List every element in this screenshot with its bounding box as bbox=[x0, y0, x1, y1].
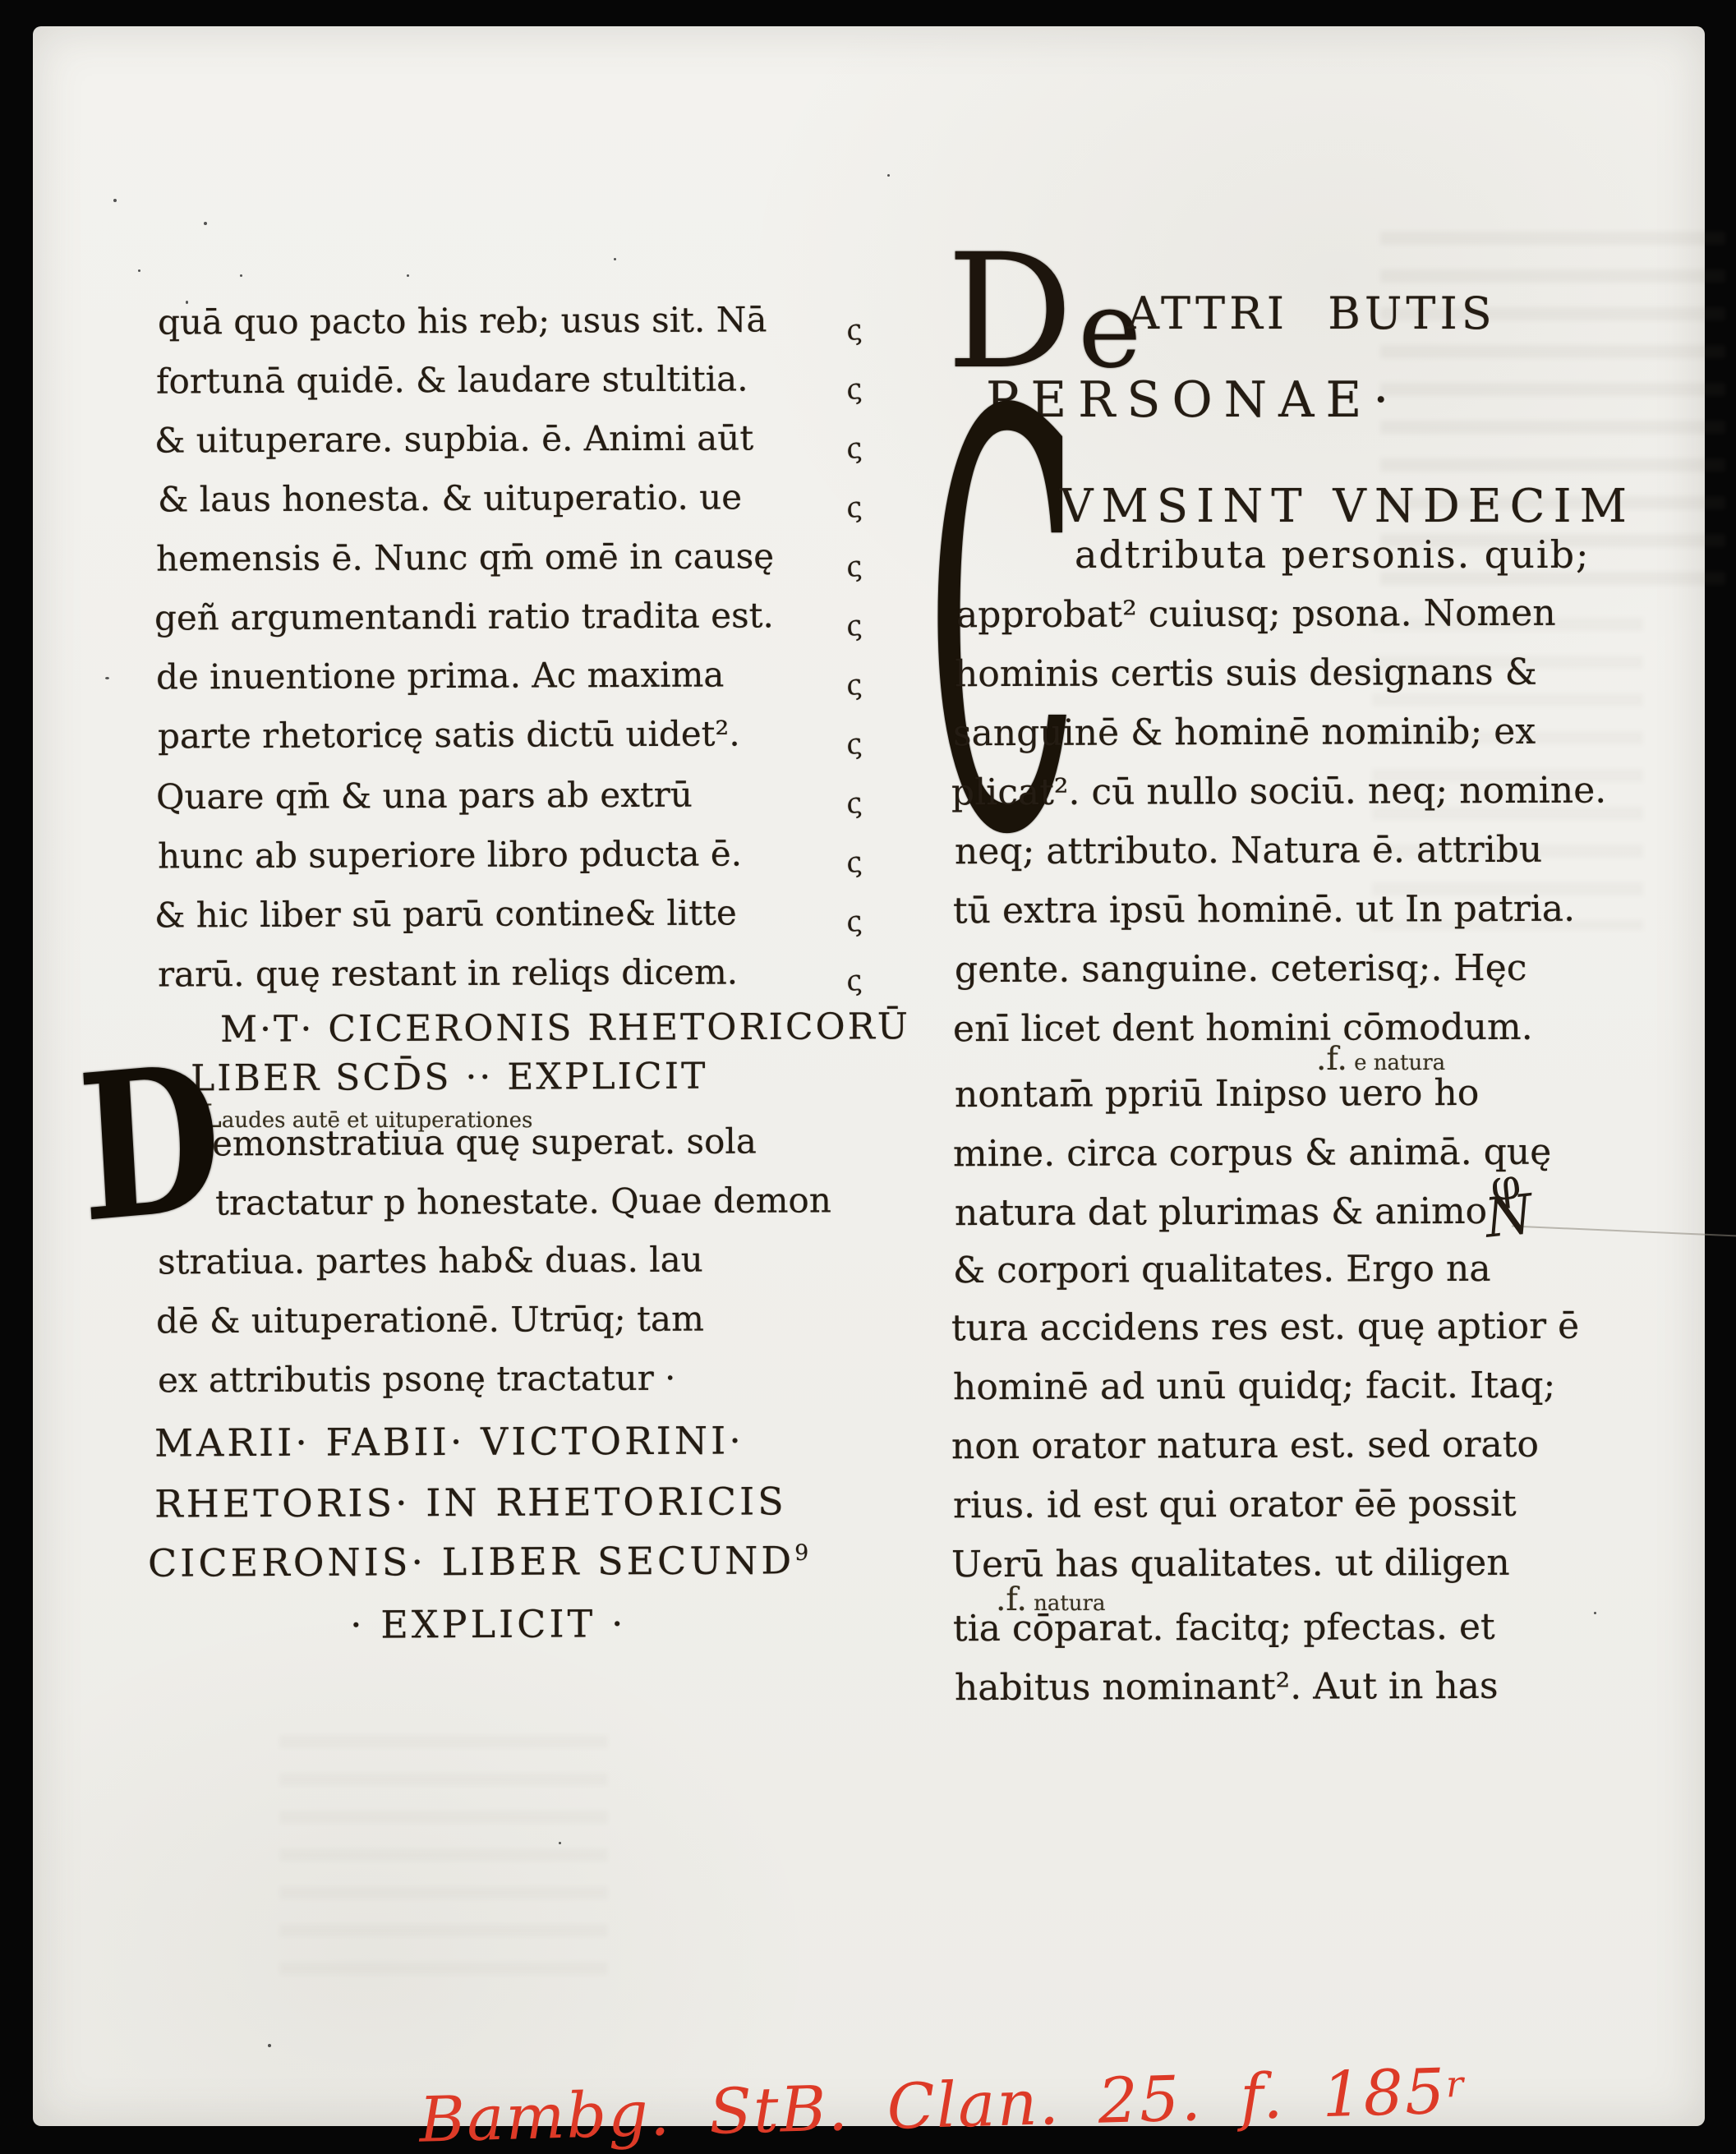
text-line: geñ argumentandi ratio tradita est. bbox=[154, 598, 774, 635]
text-line: sanguinē & hominē nominib; ex bbox=[953, 714, 1536, 752]
text-line: habitus nominant². Aut in has bbox=[955, 1668, 1499, 1706]
dust-speck bbox=[559, 1842, 561, 1844]
text-line: de inuentione prima. Ac maxima bbox=[156, 657, 725, 694]
s-mark: ς bbox=[845, 664, 880, 704]
text-line: & hic liber sū parū contine& litte bbox=[154, 895, 737, 932]
text-line: hemensis ē. Nunc qm̄ omē in causę bbox=[156, 539, 774, 576]
manuscript-photo: quā quo pacto his reb; usus sit. Nā fort… bbox=[0, 0, 1736, 2154]
text-line: neq; attributo. Natura ē. attribu bbox=[955, 832, 1542, 870]
shelfmark-superscript: r bbox=[1445, 2064, 1465, 2106]
text-line: dē & uituperationē. Utrūq; tam bbox=[156, 1302, 704, 1339]
text-line: tia cōparat. facitq; pfectas. et bbox=[953, 1609, 1495, 1647]
bleed-through bbox=[279, 1735, 608, 1981]
dust-speck bbox=[240, 274, 242, 277]
dust-speck bbox=[105, 677, 109, 679]
text-line: & corpori qualitates. Ergo na bbox=[953, 1251, 1491, 1289]
text-line: hominē ad unū quidq; facit. Itaq; bbox=[953, 1368, 1555, 1406]
incipit-line: VMSINT VNDECIM bbox=[1060, 480, 1635, 533]
dust-speck bbox=[204, 222, 207, 225]
colophon-line: · EXPLICIT · bbox=[350, 1604, 627, 1643]
colophon-text: CICERONIS· LIBER SECUND bbox=[148, 1538, 794, 1585]
s-mark: ς bbox=[845, 782, 880, 822]
s-mark: ς bbox=[845, 960, 880, 1000]
text-line: enī licet dent homini cōmodum. bbox=[953, 1010, 1533, 1047]
text-line: Quare qm̄ & una pars ab extrū bbox=[156, 778, 693, 815]
nota-monogram: φ N bbox=[1476, 1167, 1540, 1242]
text-line: emonstratiua quę superat. sola bbox=[212, 1125, 757, 1162]
manuscript-page: quā quo pacto his reb; usus sit. Nā fort… bbox=[33, 26, 1705, 2126]
text-line: & uituperare. supbia. ē. Animi aūt bbox=[154, 421, 753, 458]
s-mark: ς bbox=[845, 545, 880, 586]
s-mark: ς bbox=[845, 486, 880, 527]
text-line: parte rhetoricę satis dictū uidet². bbox=[158, 716, 740, 753]
text-line: rarū. quę restant in reliqs dicem. bbox=[158, 955, 738, 992]
text-line: ex attributis psonę tractatur · bbox=[158, 1361, 676, 1398]
dust-speck bbox=[614, 258, 616, 260]
s-mark: ς bbox=[845, 841, 880, 881]
dust-speck bbox=[268, 2044, 271, 2047]
dust-speck bbox=[1594, 1612, 1596, 1614]
text-line: tura accidens res est. quę aptior ē bbox=[951, 1309, 1579, 1347]
text-line: approbat² cuiusq; psona. Nomen bbox=[956, 596, 1556, 634]
interlinear-gloss: .f. e natura bbox=[1316, 1043, 1445, 1075]
nota-n-glyph: N bbox=[1478, 1192, 1540, 1241]
colophon-line: MARII· FABII· VICTORINI· bbox=[154, 1421, 744, 1461]
s-mark: ς bbox=[845, 309, 880, 349]
text-line: non orator natura est. sed orato bbox=[951, 1427, 1539, 1465]
text-line: natura dat plurimas & animo bbox=[955, 1194, 1487, 1231]
text-line: rius. id est qui orator ēē possit bbox=[953, 1486, 1517, 1524]
text-line: stratiua. partes hab& duas. lau bbox=[158, 1243, 703, 1280]
shelfmark-caption: Bambg. StB. Clan. 25. f. 185r bbox=[418, 2054, 1467, 2154]
s-mark: ς bbox=[845, 723, 880, 763]
text-line: & laus honesta. & uituperatio. ue bbox=[158, 480, 742, 517]
s-mark: ς bbox=[845, 368, 880, 408]
text-line: quā quo pacto his reb; usus sit. Nā bbox=[158, 302, 767, 339]
dust-speck bbox=[407, 274, 409, 277]
colophon-line: M·T· CICERONIS RHETORICORŪ bbox=[220, 1009, 910, 1048]
us-abbreviation: 9 bbox=[794, 1540, 812, 1566]
chapter-heading: ATTRI BUTIS bbox=[1127, 288, 1496, 339]
s-mark: ς bbox=[845, 900, 880, 941]
text-line: tū extra ipsū hominē. ut In patria. bbox=[953, 891, 1575, 930]
s-mark: ς bbox=[845, 427, 880, 467]
colophon-line: CICERONIS· LIBER SECUND9 bbox=[148, 1541, 812, 1582]
text-line: nontam̄ ppriū Inipso uero ho bbox=[955, 1075, 1479, 1113]
colophon-line: LIBER SCD̄S ·· EXPLICIT bbox=[191, 1059, 708, 1098]
initial-d: D bbox=[76, 1059, 225, 1231]
dust-speck bbox=[887, 174, 890, 177]
incipit-line: adtributa personis. quib; bbox=[1075, 532, 1591, 577]
dust-speck bbox=[113, 199, 117, 202]
text-line: fortunā quidē. & laudare stultitia. bbox=[156, 361, 748, 398]
text-line: tractatur p honestate. Quae demon bbox=[215, 1183, 831, 1220]
text-line: mine. circa corpus & animā. quę bbox=[953, 1135, 1551, 1173]
s-mark: ς bbox=[845, 605, 880, 645]
text-line: hominis certis suis designans & bbox=[955, 655, 1537, 693]
text-line: gente. sanguine. ceterisq;. Hęc bbox=[955, 950, 1527, 988]
colophon-line: RHETORIS· IN RHETORICIS bbox=[154, 1482, 787, 1522]
dust-speck bbox=[138, 269, 140, 272]
scratch-line bbox=[1512, 1225, 1736, 1237]
text-line: plicat². cū nullo sociū. neq; nomine. bbox=[951, 773, 1606, 812]
shelfmark-text: Bambg. StB. Clan. 25. f. 185 bbox=[418, 2055, 1447, 2154]
text-line: Uerū has qualitates. ut diligen bbox=[951, 1545, 1510, 1583]
text-line: hunc ab superiore libro pducta ē. bbox=[158, 836, 742, 873]
